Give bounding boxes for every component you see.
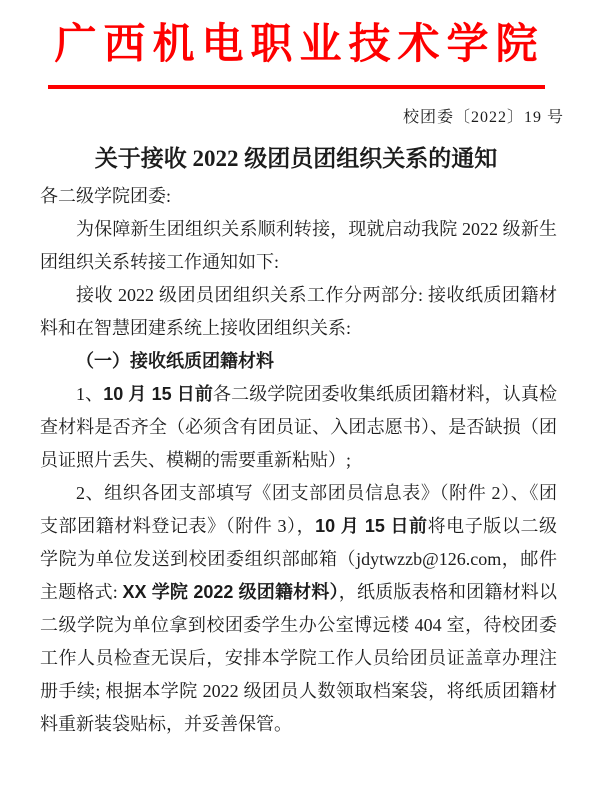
emphasis-run: 10 月 15 日前 xyxy=(315,516,427,536)
paragraph-salutation: 各二级学院团委: xyxy=(40,180,557,213)
text-run: 各二级学院团委: xyxy=(40,186,171,206)
document-page: 广西机电职业技术学院 校团委〔2022〕19 号 关于接收 2022 级团员团组… xyxy=(0,0,592,785)
text-run: 为保障新生团组织关系顺利转接，现就启动我院 2022 级新生团组织关系转接工作通… xyxy=(40,219,557,272)
school-name: 广西机电职业技术学院 xyxy=(0,20,592,70)
doc-title: 关于接收 2022 级团员团组织关系的通知 xyxy=(0,143,592,175)
emphasis-run: （一）接收纸质团籍材料 xyxy=(76,351,274,371)
paragraph-heading: （一）接收纸质团籍材料 xyxy=(40,345,557,378)
paragraph-body: 接收 2022 级团员团组织关系工作分两部分: 接收纸质团籍材料和在智慧团建系统… xyxy=(40,279,557,345)
paragraph-body: 1、10 月 15 日前各二级学院团委收集纸质团籍材料，认真检查材料是否齐全（必… xyxy=(40,378,557,477)
letterhead: 广西机电职业技术学院 xyxy=(0,20,592,89)
header-divider xyxy=(48,85,545,89)
text-run: 1、 xyxy=(76,384,103,404)
paragraph-body: 为保障新生团组织关系顺利转接，现就启动我院 2022 级新生团组织关系转接工作通… xyxy=(40,213,557,279)
text-run: ，纸质版表格和团籍材料以二级学院为单位拿到校团委学生办公室博远楼 404 室，待… xyxy=(40,582,557,734)
paragraph-body: 2、组织各团支部填写《团支部团员信息表》（附件 2）、《团支部团籍材料登记表》（… xyxy=(40,477,557,741)
emphasis-run: XX 学院 2022 级团籍材料） xyxy=(123,582,339,602)
document-body: 各二级学院团委:为保障新生团组织关系顺利转接，现就启动我院 2022 级新生团组… xyxy=(0,180,592,741)
doc-number: 校团委〔2022〕19 号 xyxy=(0,108,592,128)
text-run: 接收 2022 级团员团组织关系工作分两部分: 接收纸质团籍材料和在智慧团建系统… xyxy=(40,285,557,338)
emphasis-run: 10 月 15 日前 xyxy=(103,384,213,404)
